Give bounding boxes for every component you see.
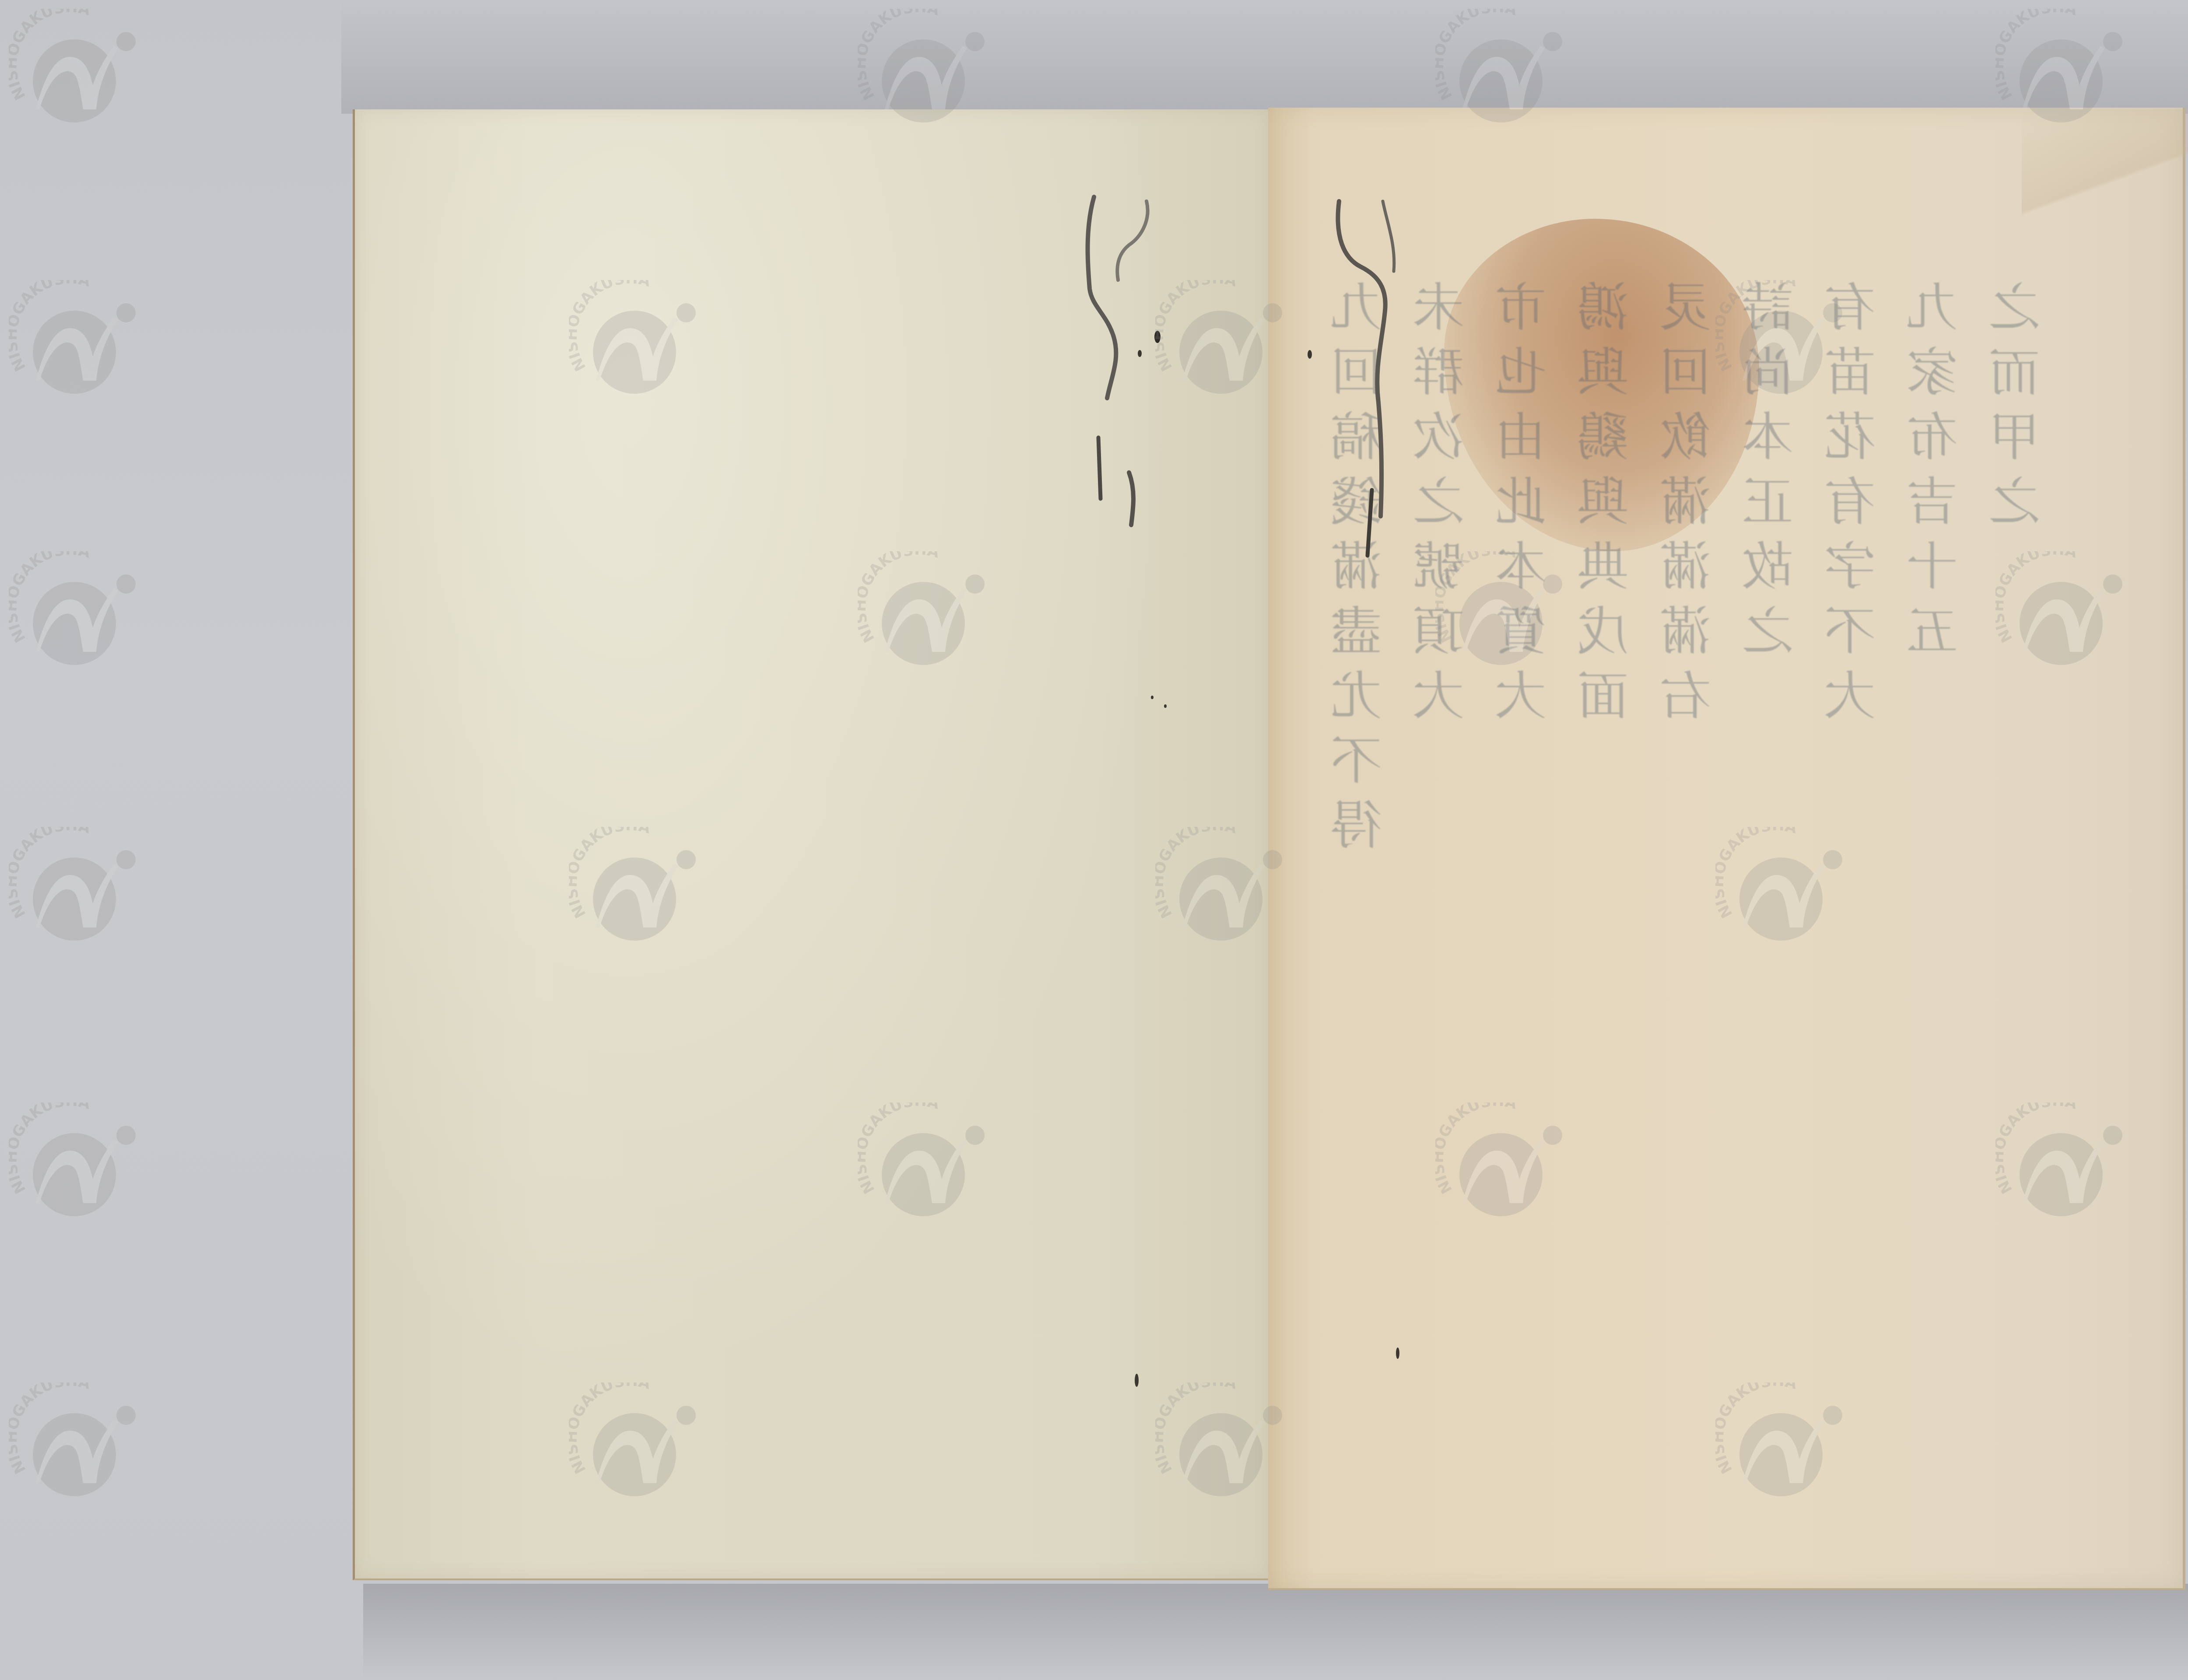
text-column: 之而甲之: [1993, 280, 2058, 1505]
ink-speck: [1151, 696, 1154, 699]
folded-corner: [2022, 109, 2188, 254]
text-column: 有苗花有字不大: [1828, 280, 1894, 1505]
wormhole-track-right: [1330, 184, 1444, 614]
text-column: 詩尚本正故之: [1746, 280, 1812, 1505]
ink-speck: [1135, 1374, 1139, 1387]
wormhole-track-left: [1081, 192, 1168, 588]
text-column: 市也由此本質大: [1499, 280, 1565, 1505]
text-column: 鴻與鷄與典戊面: [1581, 280, 1647, 1505]
ink-speck: [1164, 704, 1167, 708]
open-book: 九回稿錢滿盡尤不得未群次之號頂大市也由此本質大鴻與鷄與典戊面灵回飲滿滿滿右詩尚本…: [0, 0, 2188, 1680]
text-column: 九家布吉十五: [1911, 280, 1976, 1505]
ink-speck: [1138, 350, 1142, 357]
text-column: 灵回飲滿滿滿右: [1664, 280, 1729, 1505]
show-through-text: 九回稿錢滿盡尤不得未群次之號頂大市也由此本質大鴻與鷄與典戊面灵回飲滿滿滿右詩尚本…: [1335, 280, 2122, 1505]
ink-speck: [1396, 1347, 1399, 1359]
ink-speck: [1308, 350, 1312, 359]
